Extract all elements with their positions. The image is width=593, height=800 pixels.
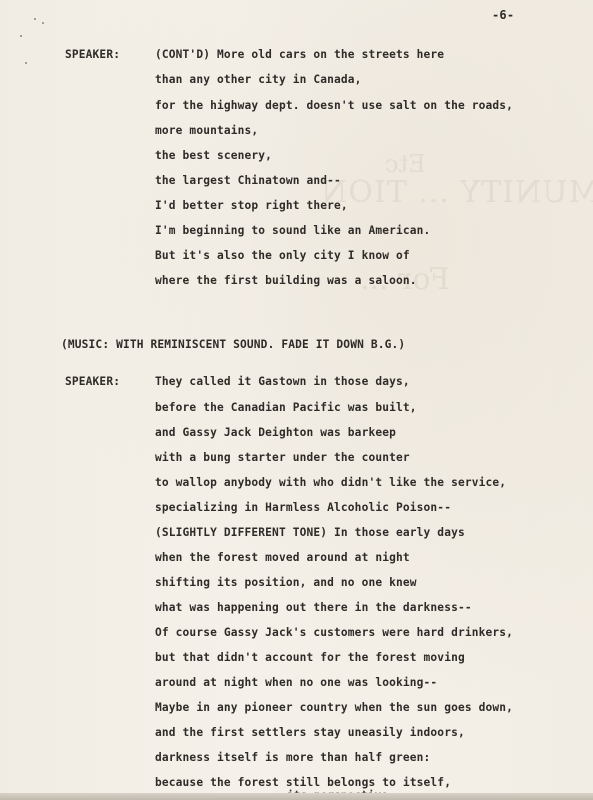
script-line: around at night when no one was looking-… [155, 676, 437, 689]
script-line: They called it Gastown in those days, [155, 375, 410, 388]
script-line: I'm beginning to sound like an American. [155, 224, 430, 237]
script-line: shifting its position, and no one knew [155, 576, 417, 589]
speaker-label: SPEAKER: [65, 375, 120, 388]
script-line: and the first settlers stay uneasily ind… [155, 726, 465, 739]
script-line: But it's also the only city I know of [155, 249, 410, 262]
script-line: what was happening out there in the dark… [155, 601, 472, 614]
script-line: (SLIGHTLY DIFFERENT TONE) In those early… [155, 526, 465, 539]
script-line: I'd better stop right there, [155, 199, 348, 212]
script-line: because the forest still belongs to itse… [155, 776, 451, 789]
script-line: darkness itself is more than half green: [155, 751, 430, 764]
page-bottom-edge [0, 793, 593, 800]
page-number: -6- [492, 8, 514, 22]
script-line: and Gassy Jack Deighton was barkeep [155, 426, 396, 439]
script-line: Of course Gassy Jack's customers were ha… [155, 626, 513, 639]
speaker-label: SPEAKER: [65, 48, 120, 61]
script-line: (CONT'D) More old cars on the streets he… [155, 48, 444, 61]
script-line: with a bung starter under the counter [155, 451, 410, 464]
stage-direction: (MUSIC: WITH REMINISCENT SOUND. FADE IT … [61, 338, 405, 351]
script-line: Maybe in any pioneer country when the su… [155, 701, 513, 714]
script-line: when the forest moved around at night [155, 551, 410, 564]
script-line: but that didn't account for the forest m… [155, 651, 465, 664]
script-line: the largest Chinatown and-- [155, 174, 341, 187]
script-line: for the highway dept. doesn't use salt o… [155, 99, 513, 112]
script-line: specializing in Harmless Alcoholic Poiso… [155, 501, 451, 514]
script-line: before the Canadian Pacific was built, [155, 401, 417, 414]
bleed-through-text: COMMUNITY ... TION [320, 175, 593, 210]
paper-specks [20, 10, 50, 70]
script-line: than any other city in Canada, [155, 73, 362, 86]
typewritten-page: Etc COMMUNITY ... TION For ... -6- SPEAK… [0, 0, 593, 800]
script-line: where the first building was a saloon. [155, 274, 417, 287]
script-line: to wallop anybody with who didn't like t… [155, 476, 506, 489]
script-line: more mountains, [155, 124, 258, 137]
bleed-through-text: Etc [385, 150, 426, 178]
script-line: the best scenery, [155, 149, 272, 162]
